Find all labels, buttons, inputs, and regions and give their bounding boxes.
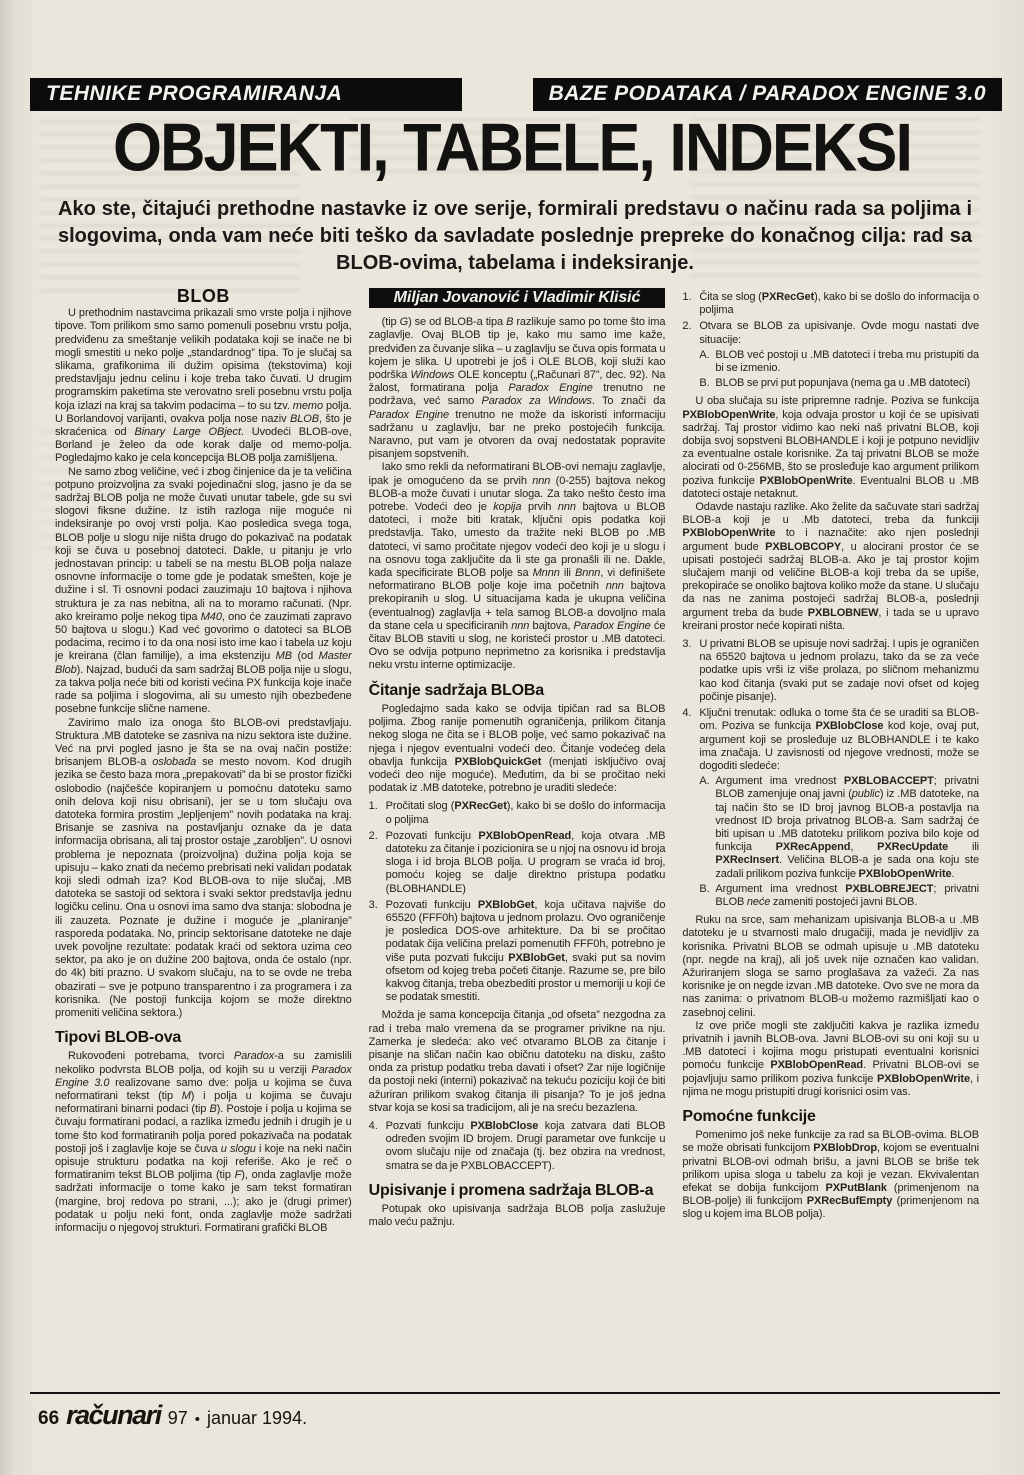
item-number: 2. bbox=[682, 320, 699, 346]
item-letter: B. bbox=[699, 377, 715, 390]
item-text: Otvara se BLOB za upisivanje. Ovde mogu … bbox=[699, 320, 979, 346]
column-1: BLOB U prethodnim nastavcima prikazali s… bbox=[55, 288, 352, 1386]
item-text: Pozovati funkciju PXBlobOpenRead, koja o… bbox=[386, 830, 666, 896]
magazine-logo: računari bbox=[66, 1400, 161, 1431]
item-text: BLOB se prvi put popunjava (nema ga u .M… bbox=[715, 377, 979, 390]
paragraph: U oba slučaja su iste pripremne radnje. … bbox=[682, 395, 979, 501]
item-number: 3. bbox=[682, 638, 699, 704]
author-byline: Miljan Jovanović i Vladimir Klisić bbox=[369, 288, 666, 308]
lettered-subitem: B. BLOB se prvi put popunjava (nema ga u… bbox=[682, 377, 979, 390]
section-banner-right: BAZE PODATAKA / PARADOX ENGINE 3.0 bbox=[533, 78, 1002, 111]
numbered-item: 1. Čita se slog (PXRecGet), kako bi se d… bbox=[682, 291, 979, 317]
paragraph: Iz ove priče mogli ste zaključiti kakva … bbox=[682, 1020, 979, 1099]
paragraph: Odavde nastaju razlike. Ako želite da sa… bbox=[682, 501, 979, 633]
lettered-subitem: A. Argument ima vrednost PXBLOBACCEPT; p… bbox=[682, 775, 979, 881]
item-number: 4. bbox=[369, 1120, 386, 1173]
paragraph: Ne samo zbog veličine, već i zbog činjen… bbox=[55, 466, 352, 717]
item-number: 4. bbox=[682, 707, 699, 773]
heading-citanje-sadrzaja: Čitanje sadržaja BLOBa bbox=[369, 684, 666, 697]
paragraph: Ruku na srce, sam mehanizam upisivanja B… bbox=[682, 914, 979, 1020]
item-text: Pročitati slog (PXRecGet), kako bi se do… bbox=[386, 800, 666, 826]
paragraph: Možda je sama koncepcija čitanja „od ofs… bbox=[369, 1009, 666, 1115]
paragraph: Pomenimo još neke funkcije za rad sa BLO… bbox=[682, 1129, 979, 1221]
item-letter: A. bbox=[699, 775, 715, 881]
article-body: BLOB U prethodnim nastavcima prikazali s… bbox=[55, 288, 979, 1386]
header-bars: TEHNIKE PROGRAMIRANJA BAZE PODATAKA / PA… bbox=[30, 78, 1002, 111]
magazine-page: TEHNIKE PROGRAMIRANJA BAZE PODATAKA / PA… bbox=[0, 0, 1024, 1475]
paragraph: U prethodnim nastavcima prikazali smo vr… bbox=[55, 307, 352, 465]
item-text: Argument ima vrednost PXBLOBACCEPT; priv… bbox=[715, 775, 979, 881]
numbered-item: 4. Pozvati funkciju PXBlobClose koja zat… bbox=[369, 1120, 666, 1173]
heading-tipovi-blobova: Tipovi BLOB-ova bbox=[55, 1031, 352, 1044]
section-banner-left: TEHNIKE PROGRAMIRANJA bbox=[30, 78, 462, 111]
item-text: Ključni trenutak: odluka o tome šta će s… bbox=[699, 707, 979, 773]
item-text: Čita se slog (PXRecGet), kako bi se došl… bbox=[699, 291, 979, 317]
heading-upisivanje-promena: Upisivanje i promena sadržaja BLOB-a bbox=[369, 1184, 666, 1197]
numbered-item: 2. Otvara se BLOB za upisivanje. Ovde mo… bbox=[682, 320, 979, 346]
paragraph: Pogledajmo sada kako se odvija tipičan r… bbox=[369, 703, 666, 795]
bullet-separator: • bbox=[195, 1411, 200, 1428]
numbered-item: 2. Pozovati funkciju PXBlobOpenRead, koj… bbox=[369, 830, 666, 896]
paragraph: (tip G) se od BLOB-a tipa B razlikuje sa… bbox=[369, 316, 666, 461]
lettered-subitem: B. Argument ima vrednost PXBLOBREJECT; p… bbox=[682, 883, 979, 909]
item-text: Pozvati funkciju PXBlobClose koja zatvar… bbox=[386, 1120, 666, 1173]
item-letter: A. bbox=[699, 349, 715, 375]
column-3: 1. Čita se slog (PXRecGet), kako bi se d… bbox=[682, 288, 979, 1386]
issue-number: 97 bbox=[168, 1408, 188, 1429]
page-footer: 66 računari 97 • januar 1994. bbox=[38, 1400, 307, 1431]
item-number: 1. bbox=[682, 291, 699, 317]
item-text: Pozovati funkciju PXBlobGet, koja učitav… bbox=[386, 899, 666, 1005]
item-letter: B. bbox=[699, 883, 715, 909]
article-lead: Ako ste, čitajući prethodne nastavke iz … bbox=[58, 196, 972, 277]
paragraph: Potupak oko upisivanja sadržaja BLOB pol… bbox=[369, 1203, 666, 1229]
lettered-subitem: A. BLOB već postoji u .MB datoteci i tre… bbox=[682, 349, 979, 375]
paragraph: Iako smo rekli da neformatirani BLOB-ovi… bbox=[369, 461, 666, 672]
paragraph: Rukovođeni potrebama, tvorci Paradox-a s… bbox=[55, 1050, 352, 1235]
item-text: BLOB već postoji u .MB datoteci i treba … bbox=[715, 349, 979, 375]
article-title: OBJEKTI, TABELE, INDEKSI bbox=[0, 109, 1024, 187]
numbered-item: 4. Ključni trenutak: odluka o tome šta ć… bbox=[682, 707, 979, 773]
column-2: Miljan Jovanović i Vladimir Klisić (tip … bbox=[369, 288, 666, 1386]
footer-divider bbox=[30, 1392, 1000, 1394]
item-number: 1. bbox=[369, 800, 386, 826]
item-text: U privatni BLOB se upisuje novi sadržaj.… bbox=[699, 638, 979, 704]
issue-date: januar 1994. bbox=[207, 1408, 307, 1429]
numbered-item: 1. Pročitati slog (PXRecGet), kako bi se… bbox=[369, 800, 666, 826]
heading-pomocne-funkcije: Pomoćne funkcije bbox=[682, 1110, 979, 1123]
numbered-item: 3. U privatni BLOB se upisuje novi sadrž… bbox=[682, 638, 979, 704]
numbered-item: 3. Pozovati funkciju PXBlobGet, koja uči… bbox=[369, 899, 666, 1005]
item-text: Argument ima vrednost PXBLOBREJECT; priv… bbox=[715, 883, 979, 909]
item-number: 2. bbox=[369, 830, 386, 896]
paragraph: Zavirimo malo iza onoga što BLOB-ovi pre… bbox=[55, 717, 352, 1021]
item-number: 3. bbox=[369, 899, 386, 1005]
page-number: 66 bbox=[38, 1408, 59, 1430]
heading-blob: BLOB bbox=[55, 290, 352, 303]
